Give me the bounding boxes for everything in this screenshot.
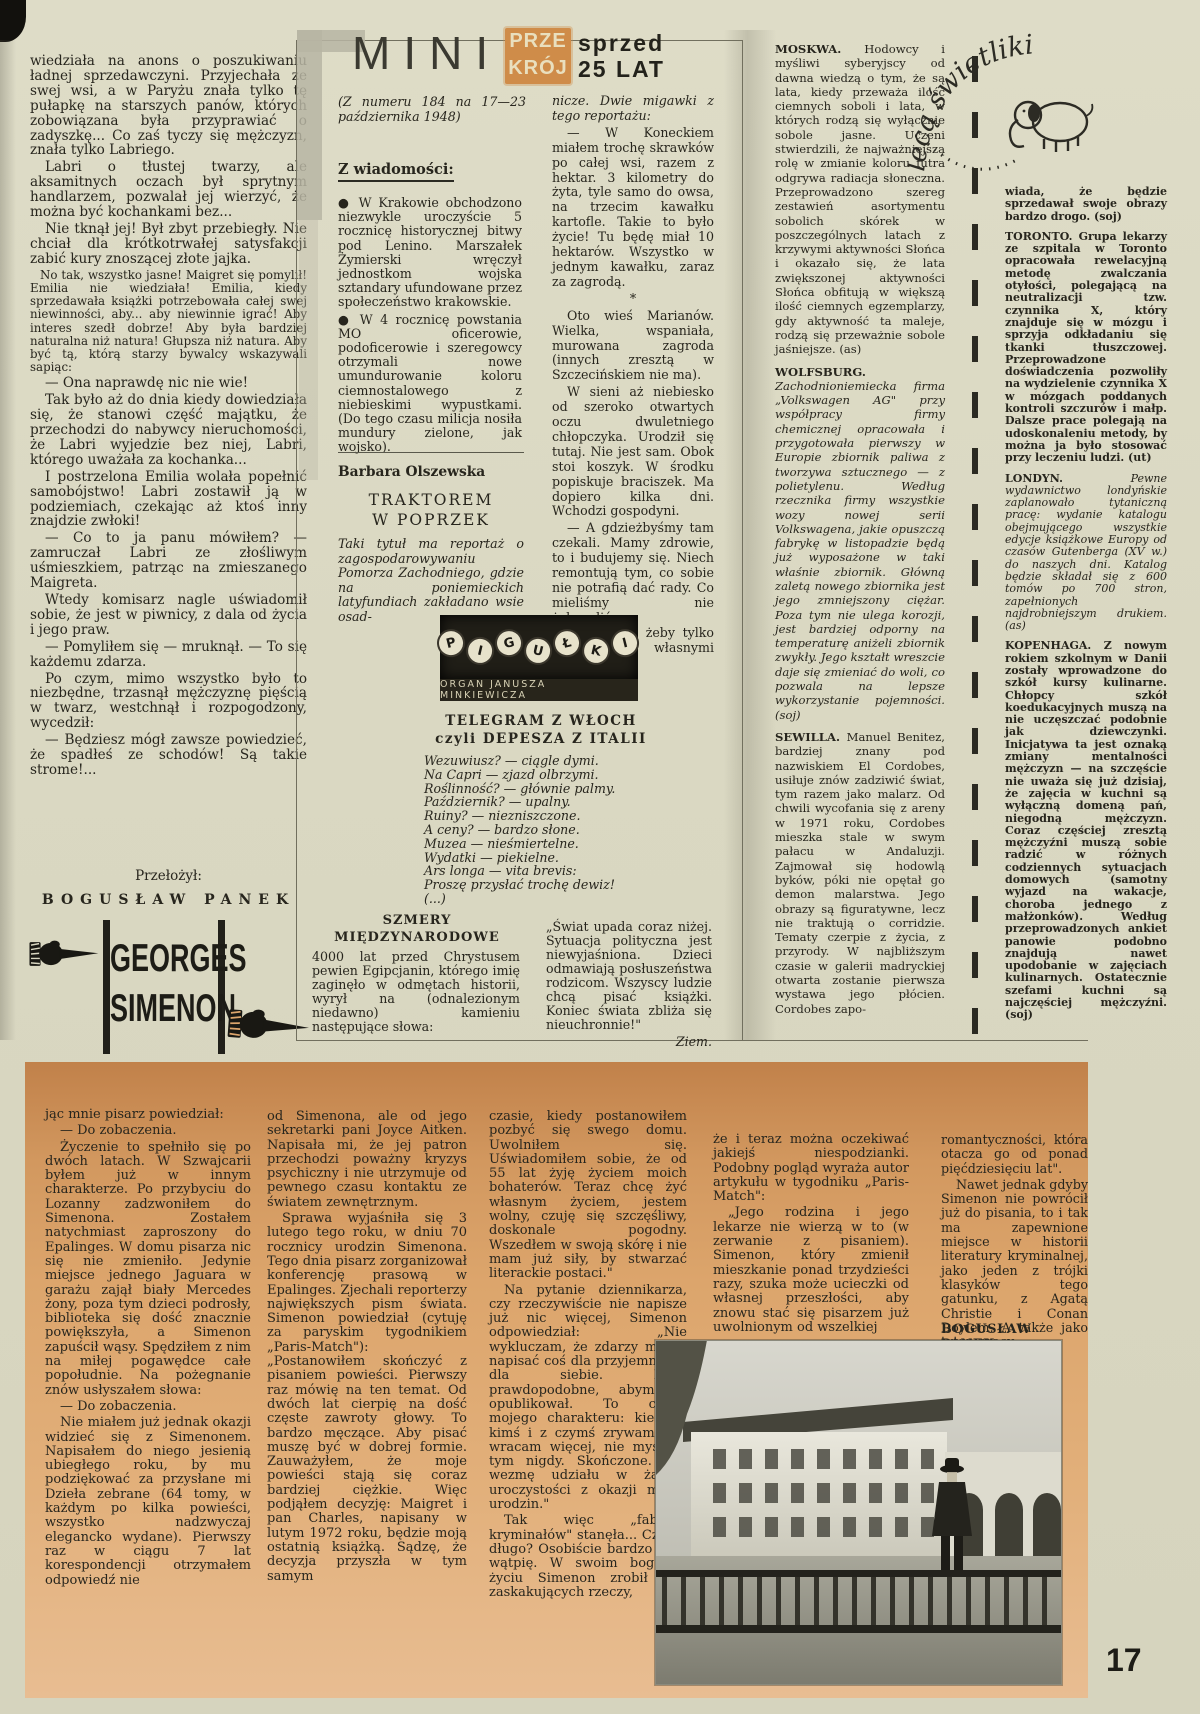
scan-corner-mark <box>0 0 26 42</box>
sprzed-line1: sprzed <box>578 30 665 56</box>
telegram-title-line1: TELEGRAM Z WŁOCH <box>380 712 702 730</box>
paragraph: I postrzelona Emilia wolała popełnić sam… <box>30 470 307 530</box>
paragraph: LONDYN. Pewne wydawnictwo londyńskie zap… <box>1005 473 1167 633</box>
paragraph: Wezuwiusz? — ciągle dymi. <box>424 754 664 768</box>
paragraph: od Simenona, ale od jego sekretarki pani… <box>267 1110 467 1210</box>
egyptian-stone-quote: „Świat upada coraz niżej. Sytuacja polit… <box>546 920 712 1051</box>
pill-letter: I <box>608 626 642 660</box>
paragraph: wiedziała na anons o poszukiwaniu ładnej… <box>30 54 307 158</box>
telegram-title: TELEGRAM Z WŁOCH czyli DEPESZA Z ITALII <box>380 712 702 748</box>
paragraph: — Będziesz mógł zawsze powiedzieć, że sp… <box>30 733 307 778</box>
swietliki-arc-text: lecą świetliki <box>908 29 1035 172</box>
pointing-hand-icon <box>28 928 102 980</box>
szmery-title-line1: SZMERY <box>312 912 522 929</box>
paragraph: Taki tytuł ma reportaż o zagospodarowywa… <box>338 537 524 625</box>
paragraph: czasie, kiedy postanowiłem pozbyć się sw… <box>489 1110 687 1282</box>
paragraph: W sieni aż niebiesko od szeroko otwartyc… <box>552 385 714 519</box>
pill-letter: Ł <box>550 626 584 660</box>
bottom-column-2: od Simenona, ale od jego sekretarki pani… <box>267 1110 467 1586</box>
leca-swietliki-logo: lecą świetliki <box>908 16 1123 186</box>
pigulki-pills: P I G U Ł K I <box>440 615 638 679</box>
paragraph: jąc mnie pisarz powiedział: <box>45 1108 251 1122</box>
paragraph: A ceny? — bardzo słone. <box>424 823 664 837</box>
pill-letter: P <box>434 626 468 660</box>
paragraph: Muzea — nieśmiertelne. <box>424 837 664 851</box>
paragraph: Po czym, mimo wszystko było to niezbędne… <box>30 672 307 732</box>
paragraph: TORONTO. Grupa lekarzy ze szpitala w Tor… <box>1005 231 1167 465</box>
pigulki-logo: P I G U Ł K I ORGAN JANUSZA MINKIEWICZA <box>440 615 638 701</box>
paragraph: Tak było aż do dnia kiedy dowiedziała si… <box>30 393 307 468</box>
przekroj-logo-bottom: KRÓJ <box>505 55 571 82</box>
sprzed-25-lat-label: sprzed 25 LAT <box>578 30 665 82</box>
feature-byline: Barbara Olszewska <box>338 464 485 480</box>
bottom-column-4: że i teraz można oczekiwać jakiejś niesp… <box>713 1133 909 1337</box>
paragraph: Oto wieś Marianów. Wielka, wspaniała, mu… <box>552 309 714 384</box>
feature-text-left: Taki tytuł ma reportaż o zagospodarowywa… <box>338 537 524 627</box>
pill-letter: G <box>492 626 526 660</box>
simenon-logo-line2: SIMENON <box>110 986 218 1031</box>
paragraph: Wtedy komisarz nagle uświadomił sobie, ż… <box>30 593 307 638</box>
gray-bracket-tail <box>299 220 318 480</box>
paragraph: KOPENHAGA. Z nowym rokiem szkolnym w Dan… <box>1005 640 1167 1021</box>
translator-label: Przełożył: <box>30 868 307 884</box>
pigulki-caption: ORGAN JANUSZA MINKIEWICZA <box>440 679 638 701</box>
bottom-column-5: romantyczności, która otacza go od ponad… <box>941 1133 1088 1351</box>
paragraph: Ars longa — vita brevis: <box>424 864 664 878</box>
paragraph: — Pomyliłem się — mruknął. — To się każd… <box>30 640 307 670</box>
paragraph: Na Capri — zjazd olbrzymi. <box>424 768 664 782</box>
paragraph: Wydatki — piekielne. <box>424 851 664 865</box>
paragraph: No tak, wszystko jasne! Maigret się pomy… <box>30 269 307 375</box>
przekroj-logo-top: PRZE <box>505 28 571 55</box>
magazine-page: wiedziała na anons o poszukiwaniu ładnej… <box>0 0 1200 1714</box>
mini-wordmark: MINI <box>352 26 501 80</box>
feature-title-line2: W POPRZEK <box>338 510 524 530</box>
paragraph: ● W Krakowie obchodzono niezwykle uroczy… <box>338 196 522 310</box>
paragraph: — W Koneckiem miałem trochę skrawków po … <box>552 126 714 290</box>
paragraph: Nie tknął jej! Był zbyt przebiegły. Nie … <box>30 222 307 267</box>
paragraph: Październik? — upalny. <box>424 795 664 809</box>
paragraph: * <box>552 292 714 307</box>
bottom-column-1: jąc mnie pisarz powiedział:— Do zobaczen… <box>45 1108 251 1590</box>
szmery-title-line2: MIĘDZYNARODOWE <box>312 929 522 946</box>
old-news-items: ● W Krakowie obchodzono niezwykle uroczy… <box>338 196 522 458</box>
paragraph: „Świat upada coraz niżej. Sytuacja polit… <box>546 920 712 1032</box>
paragraph: SEWILLA. Manuel Benitez, bardziej znany … <box>775 730 945 1016</box>
telegram-title-line2: czyli DEPESZA Z ITALII <box>380 730 702 748</box>
paragraph: Sprawa wyjaśniła się 3 lutego tego roku,… <box>267 1212 467 1584</box>
paragraph: że i teraz można oczekiwać jakiejś niesp… <box>713 1133 909 1204</box>
scan-edge-shadow <box>0 40 16 1040</box>
pill-letter: U <box>521 634 555 668</box>
paragraph: Ruiny? — niezniszczone. <box>424 809 664 823</box>
paragraph: 4000 lat przed Chrystusem pewien Egipcja… <box>312 950 520 1033</box>
paragraph: Nie miałem już jednak okazji widzieć się… <box>45 1416 251 1588</box>
paragraph: Proszę przysłać trochę dewiz! <box>424 878 664 892</box>
world-news-column-2: wiada, że będzie sprzedawał swoje obrazy… <box>1005 186 1167 1030</box>
paragraph: — Ona naprawdę nic nie wie! <box>30 376 307 391</box>
paragraph: romantyczności, która otacza go od ponad… <box>941 1133 1088 1176</box>
szmery-title: SZMERY MIĘDZYNARODOWE <box>312 912 522 946</box>
paragraph: — Co to ja panu mówiłem? — zamruczał Lab… <box>30 531 307 591</box>
source-issue-note: (Z numeru 184 na 17—23 października 1948… <box>338 94 526 124</box>
pill-letter: I <box>463 634 497 668</box>
svg-text:lecą świetliki: lecą świetliki <box>908 29 1035 172</box>
dashed-column-separator <box>972 56 978 1056</box>
simenon-house-photo <box>655 1340 1062 1685</box>
pill-letter: K <box>579 634 613 668</box>
feature-title: TRAKTOREM W POPRZEK <box>338 490 524 530</box>
sprzed-line2: 25 LAT <box>578 56 665 82</box>
paragraph: Labri o tłustej twarzy, ale aksamitnych … <box>30 160 307 220</box>
feature-text-right: nicze. Dwie migawki z tego reportażu:— W… <box>552 94 714 672</box>
paragraph: nicze. Dwie migawki z tego reportażu: <box>552 94 714 124</box>
page-number: 17 <box>1106 1642 1142 1679</box>
paragraph: ● W 4 rocznicę powstania MO oficerowie, … <box>338 313 522 455</box>
paragraph: WOLFSBURG. Zachodnioniemiecka firma „Vol… <box>775 365 945 722</box>
paragraph: „Jego rodzina i jego lekarze nie wierzą … <box>713 1206 909 1335</box>
simenon-logo-line1: GEORGES <box>110 936 218 981</box>
translator-name: BOGUSŁAW PANEK <box>30 892 307 908</box>
paragraph: wiada, że będzie sprzedawał swoje obrazy… <box>1005 186 1167 223</box>
paragraph: — Do zobaczenia. <box>45 1124 251 1138</box>
feature-title-line1: TRAKTOREM <box>338 490 524 510</box>
paragraph: (...) <box>424 892 664 906</box>
paragraph: — Do zobaczenia. <box>45 1400 251 1414</box>
telegram-lines: Wezuwiusz? — ciągle dymi.Na Capri — zjaz… <box>424 754 664 906</box>
paragraph: Ziem. <box>546 1035 712 1049</box>
column-divider-rule <box>338 452 524 453</box>
world-news-column-1: MOSKWA. Hodowcy i myśliwi syberyjscy od … <box>775 42 945 1024</box>
szmery-text: 4000 lat przed Chrystusem pewien Egipcja… <box>312 950 520 1035</box>
logo-rule-left <box>103 920 110 1054</box>
z-wiadomosci-header: Z wiadomości: <box>338 161 454 182</box>
gray-bracket-vertical <box>297 30 322 220</box>
paragraph: Życzenie to spełniło się po dwóch latach… <box>45 1141 251 1398</box>
przekroj-logo: PRZE KRÓJ <box>505 28 571 84</box>
maigret-article-column: wiedziała na anons o poszukiwaniu ładnej… <box>30 54 307 780</box>
elephant-icon <box>928 102 1092 169</box>
paragraph: Roślinność? — głównie palmy. <box>424 782 664 796</box>
